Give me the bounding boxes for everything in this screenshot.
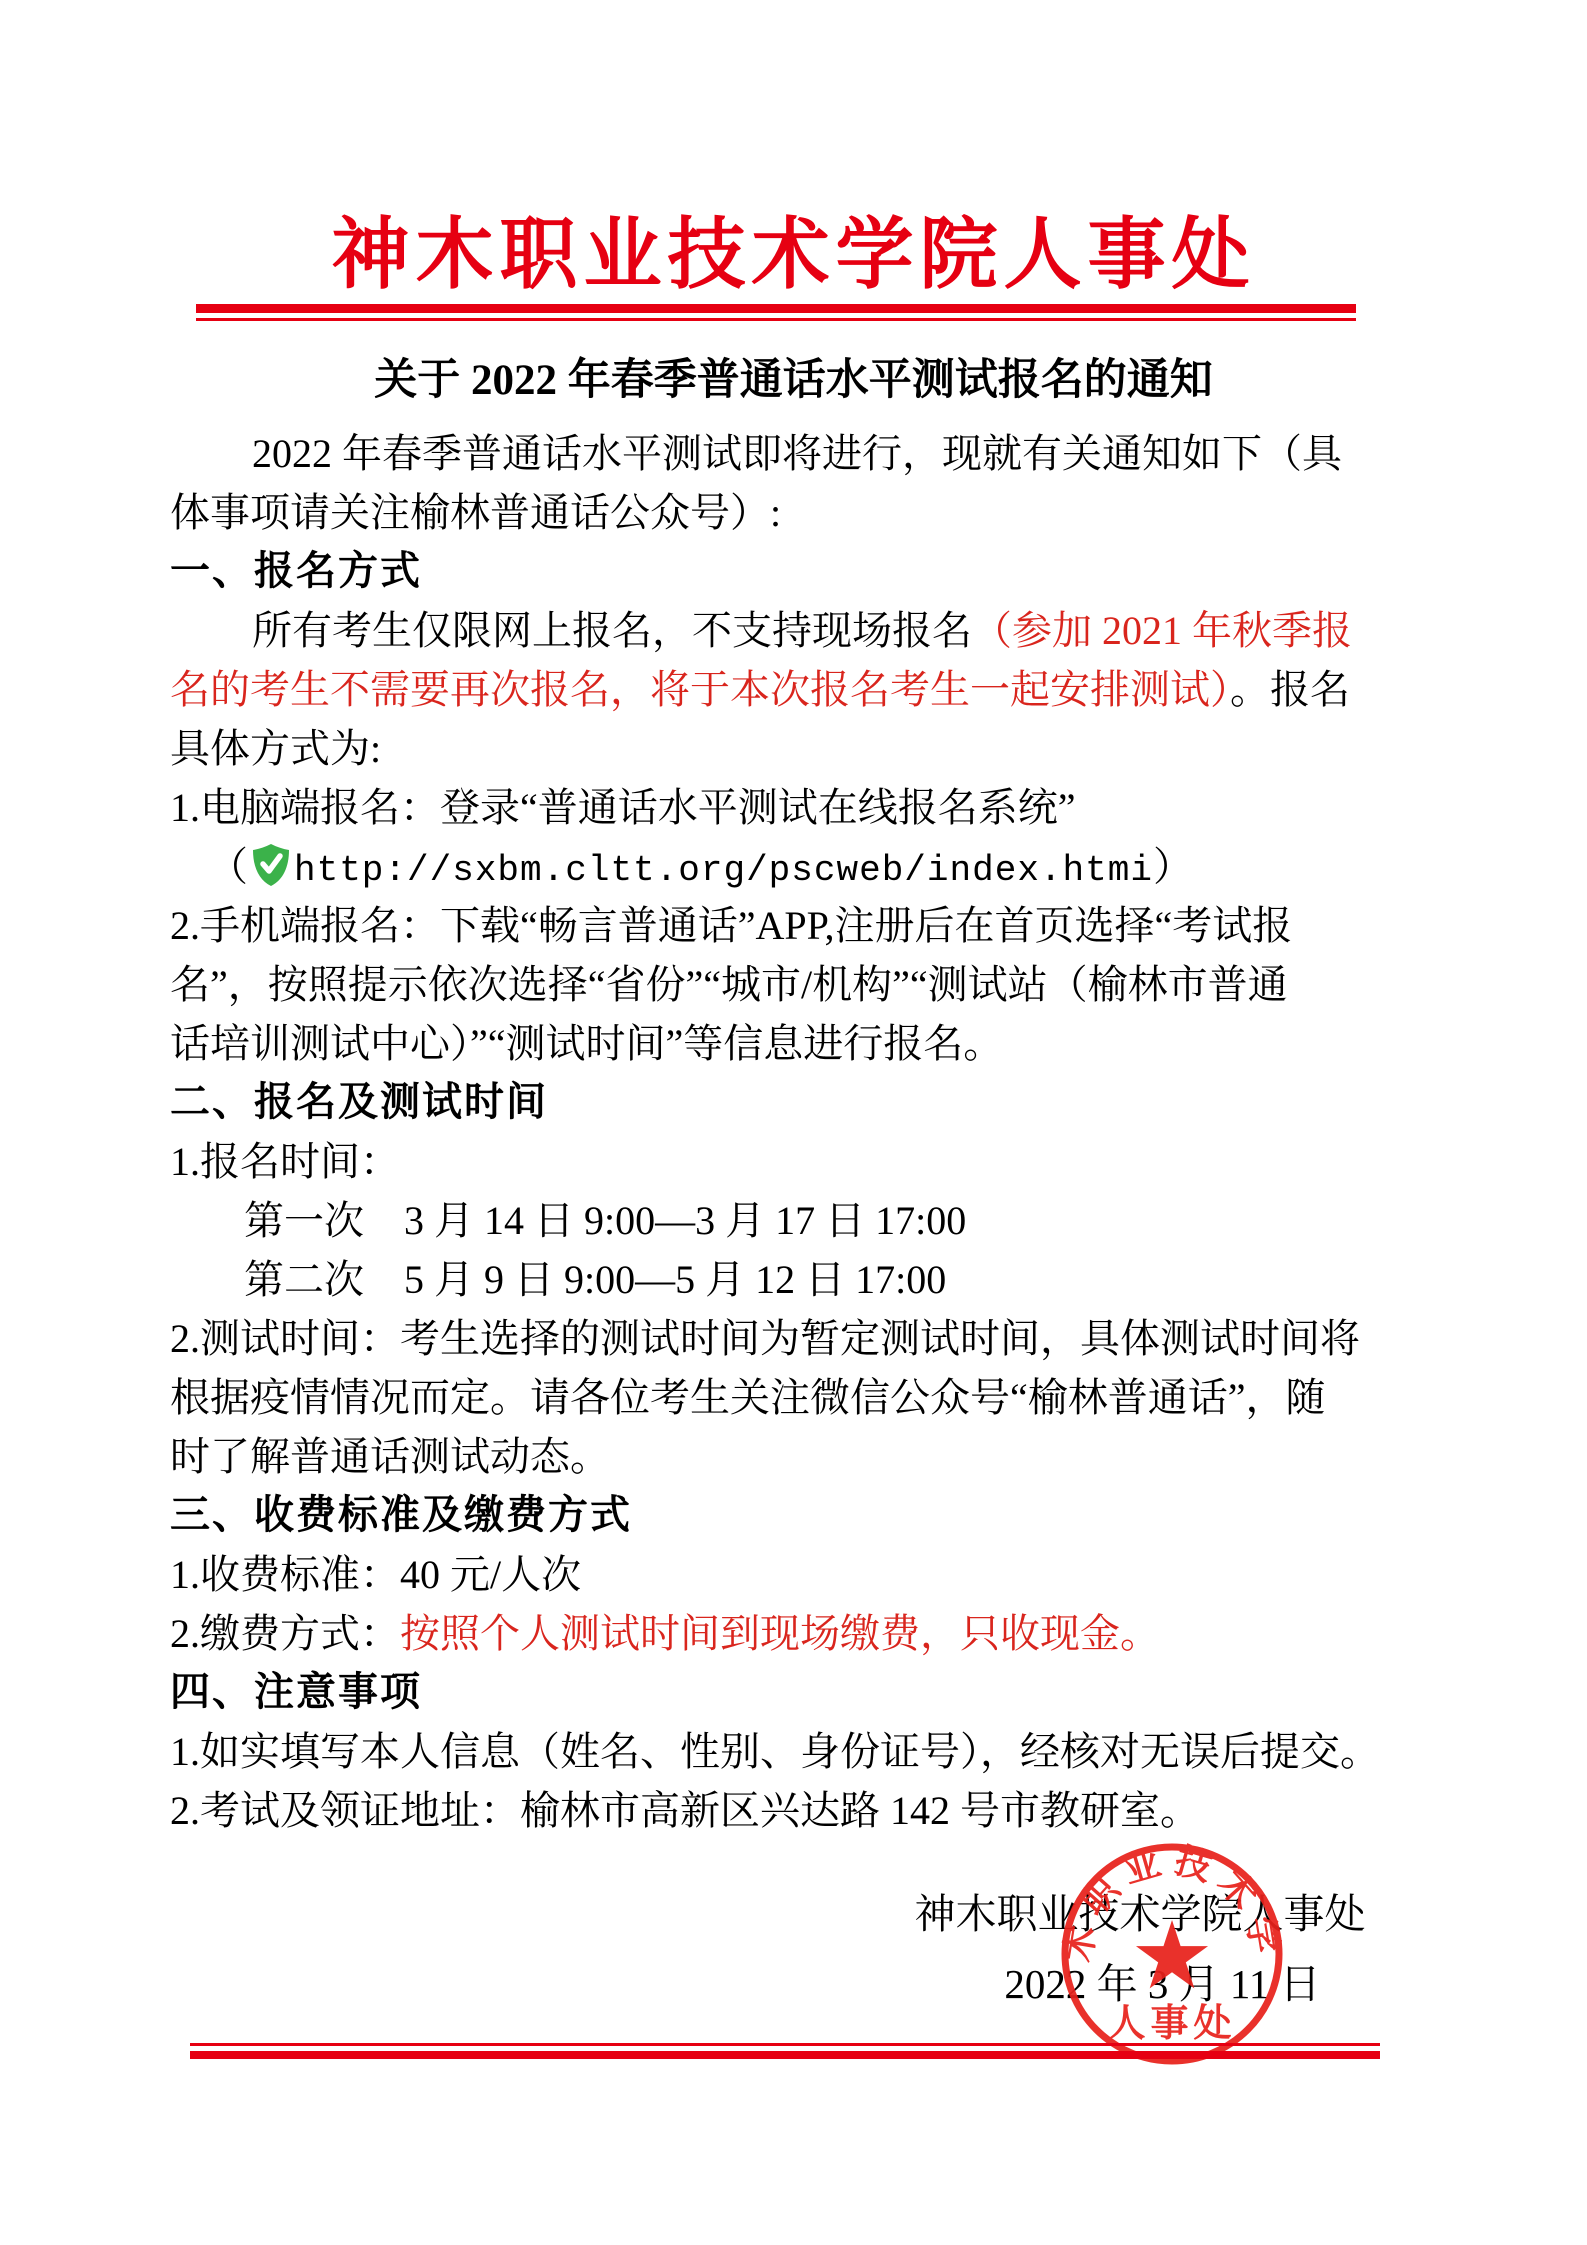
text-segment: 。报名 <box>1230 667 1350 712</box>
official-stamp: 神木职业技术学院 ★ 人事处 <box>1056 1838 1288 2070</box>
text-segment: 根据疫情情况而定。请各位考生关注微信公众号“榆林普通话”，随 <box>170 1375 1326 1420</box>
text-line: 名的考生不需要再次报名，将于本次报名考生一起安排测试）。报名 <box>170 660 1470 719</box>
footer-rule-thick <box>190 2051 1380 2059</box>
text-line: 时了解普通话测试动态。 <box>170 1427 1470 1486</box>
text-segment: 2.手机端报名：下载“畅言普通话”APP,注册后在首页选择“考试报 <box>170 903 1292 948</box>
text-line: 第二次 5 月 9 日 9:00—5 月 12 日 17:00 <box>170 1250 1470 1309</box>
text-line: 2.考试及领证地址：榆林市高新区兴达路 142 号市教研室。 <box>170 1781 1470 1840</box>
text-segment: 第一次 3 月 14 日 9:00—3 月 17 日 17:00 <box>244 1198 966 1243</box>
text-line: 体事项请关注榆林普通话公众号）: <box>170 483 1470 542</box>
text-segment: 名的考生不需要再次报名，将于本次报名考生一起安排测试） <box>170 667 1230 712</box>
text-segment: 一、报名方式 <box>170 549 422 593</box>
text-segment: （ <box>208 844 248 889</box>
text-segment: 1.报名时间： <box>170 1139 400 1184</box>
org-title: 神木职业技术学院人事处 <box>0 192 1587 304</box>
text-segment: 体事项请关注榆林普通话公众号）: <box>170 490 781 535</box>
text-segment: 2.缴费方式： <box>170 1611 400 1656</box>
text-segment: 话培训测试中心）”“测试时间”等信息进行报名。 <box>170 1021 1003 1066</box>
text-line: 2.手机端报名：下载“畅言普通话”APP,注册后在首页选择“考试报 <box>170 896 1470 955</box>
text-line: 1.收费标准：40 元/人次 <box>170 1545 1470 1604</box>
section-heading: 三、收费标准及缴费方式 <box>170 1486 1470 1545</box>
text-segment: 名”，按照提示依次选择“省份”“城市/机构”“测试站（榆林市普通 <box>170 962 1288 1007</box>
text-line: 1.报名时间： <box>170 1132 1470 1191</box>
text-segment: 1.电脑端报名：登录“普通话水平测试在线报名系统” <box>170 785 1076 830</box>
section-heading: 四、注意事项 <box>170 1663 1470 1722</box>
text-line: 第一次 3 月 14 日 9:00—3 月 17 日 17:00 <box>170 1191 1470 1250</box>
text-segment: 三、收费标准及缴费方式 <box>170 1493 632 1537</box>
doc-title: 关于 2022 年春季普通话水平测试报名的通知 <box>0 346 1587 407</box>
text-line: 2.缴费方式：按照个人测试时间到现场缴费，只收现金。 <box>170 1604 1470 1663</box>
text-segment: 2.考试及领证地址：榆林市高新区兴达路 142 号市教研室。 <box>170 1788 1200 1833</box>
text-line: （http://sxbm.cltt.org/pscweb/index.htmi） <box>170 837 1470 896</box>
section-heading: 一、报名方式 <box>170 542 1470 601</box>
text-line: 1.电脑端报名：登录“普通话水平测试在线报名系统” <box>170 778 1470 837</box>
text-segment: 1.收费标准：40 元/人次 <box>170 1552 581 1597</box>
text-line: 名”，按照提示依次选择“省份”“城市/机构”“测试站（榆林市普通 <box>170 955 1470 1014</box>
text-line: 具体方式为: <box>170 719 1470 778</box>
section-heading: 二、报名及测试时间 <box>170 1073 1470 1132</box>
text-line: 根据疫情情况而定。请各位考生关注微信公众号“榆林普通话”，随 <box>170 1368 1470 1427</box>
text-line: 2.测试时间：考生选择的测试时间为暂定测试时间，具体测试时间将 <box>170 1309 1470 1368</box>
text-segment: 所有考生仅限网上报名，不支持现场报名 <box>252 608 972 653</box>
text-segment: 具体方式为: <box>170 726 381 771</box>
notice-document-page: 神木职业技术学院人事处 关于 2022 年春季普通话水平测试报名的通知 2022… <box>0 0 1587 2245</box>
text-segment: 1.如实填写本人信息（姓名、性别、身份证号），经核对无误后提交。 <box>170 1729 1380 1774</box>
text-segment: 二、报名及测试时间 <box>170 1080 548 1124</box>
header-rule-thick <box>196 304 1356 313</box>
header-rule-thin <box>196 318 1356 321</box>
text-segment: （参加 2021 年秋季报 <box>972 608 1352 653</box>
stamp-star-icon: ★ <box>1130 1905 1214 2009</box>
text-line: 话培训测试中心）”“测试时间”等信息进行报名。 <box>170 1014 1470 1073</box>
text-line: 1.如实填写本人信息（姓名、性别、身份证号），经核对无误后提交。 <box>170 1722 1470 1781</box>
text-line: 2022 年春季普通话水平测试即将进行，现就有关通知如下（具 <box>170 424 1470 483</box>
text-segment: 四、注意事项 <box>170 1670 422 1714</box>
text-segment: 时了解普通话测试动态。 <box>170 1434 610 1479</box>
text-segment: 第二次 5 月 9 日 9:00—5 月 12 日 17:00 <box>244 1257 946 1302</box>
footer-rule-thin <box>190 2043 1380 2046</box>
shield-check-icon <box>251 843 291 887</box>
text-segment: ） <box>1153 844 1193 889</box>
text-segment: 2.测试时间：考生选择的测试时间为暂定测试时间，具体测试时间将 <box>170 1316 1360 1361</box>
body-lines: 2022 年春季普通话水平测试即将进行，现就有关通知如下（具体事项请关注榆林普通… <box>170 424 1470 1840</box>
text-segment: 2022 年春季普通话水平测试即将进行，现就有关通知如下（具 <box>252 431 1342 476</box>
text-segment: 按照个人测试时间到现场缴费，只收现金。 <box>400 1611 1160 1656</box>
text-line: 所有考生仅限网上报名，不支持现场报名（参加 2021 年秋季报 <box>170 601 1470 660</box>
stamp-bottom-text: 人事处 <box>1107 2003 1236 2045</box>
text-segment: http://sxbm.cltt.org/pscweb/index.htmi <box>294 850 1153 891</box>
